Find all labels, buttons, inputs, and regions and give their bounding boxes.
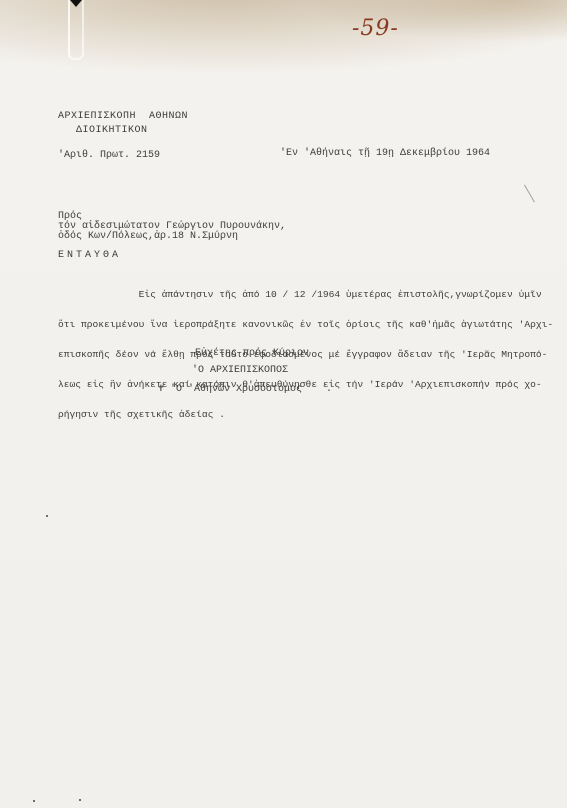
margin-mark [524,178,547,203]
signer-name: ✝ 'Ο 'Αθηνῶν Χρυσόστομος . [158,383,332,395]
letter-date: 'Εν 'Αθήναις τῇ 19ῃ Δεκεμβρίου 1964 [280,148,490,159]
paper-speck [33,800,35,802]
paper-speck [79,799,81,801]
paper-speck [46,515,48,517]
body-line: ρήγησιν τῆς σχετικῆς ἀδείας . [58,410,528,420]
scanned-letter-page: -59- ΑΡΧΙΕΠΙΣΚΟΠΗ ΑΘΗΝΩΝ ΔΙΟΙΚΗΤΙΚΟΝ 'Αρ… [0,0,567,808]
closing-phrase: Εὐχέτης πρός Κύριον [195,348,309,359]
destination-label: ΕΝΤΑΥΘΑ [58,250,121,261]
protocol-number: 'Αριθ. Πρωτ. 2159 [58,150,160,161]
signer-title: 'Ο ΑΡΧΙΕΠΙΣΚΟΠΟΣ [192,365,288,376]
body-line: ὅτι προκειμένου ἵνα ἱεροπράξητε κανονικῶ… [58,320,528,330]
folder-tab-mark [68,0,84,60]
handwritten-page-number: -59- [352,16,399,41]
recipient-line-3: ὁδός Κων/Πόλεως,ἀρ.18 Ν.Σμύρνη [58,231,238,242]
body-line: Εἰς ἀπάντησιν τῆς ἀπό 10 / 12 /1964 ὑμετ… [58,290,528,300]
letterhead-line-2: ΔΙΟΙΚΗΤΙΚΟΝ [76,125,148,136]
letterhead-line-1: ΑΡΧΙΕΠΙΣΚΟΠΗ ΑΘΗΝΩΝ [58,111,188,122]
